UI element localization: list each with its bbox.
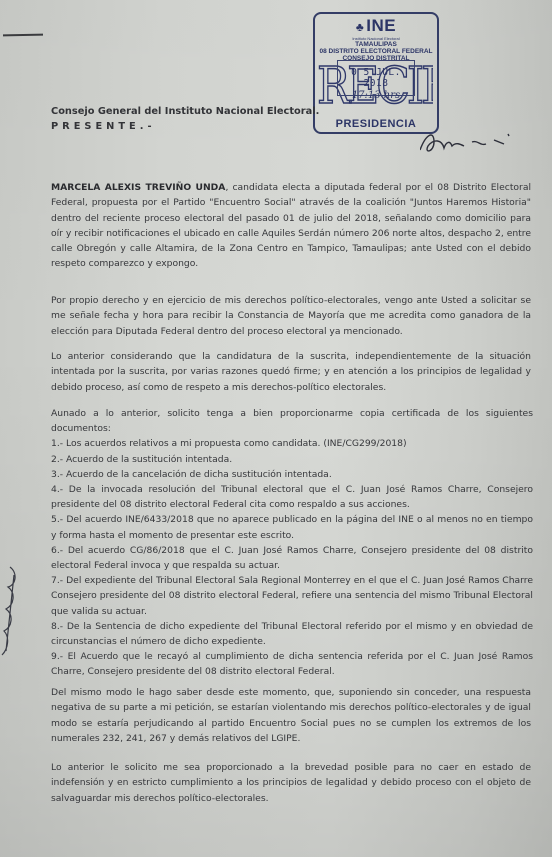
request-paragraph: Por propio derecho y en ejercicio de mis… <box>51 293 531 339</box>
stamp-date: 0 5 JUL. 2018 <box>338 67 414 89</box>
received-stamp: ♣INE Instituto Nacional Electoral TAMAUL… <box>313 12 439 134</box>
intro-paragraph: MARCELA ALEXIS TREVIÑO UNDA, candidata e… <box>51 180 531 272</box>
stamp-state: TAMAULIPAS <box>315 41 437 48</box>
applicant-name: MARCELA ALEXIS TREVIÑO UNDA <box>51 182 225 193</box>
handwritten-signature <box>420 120 520 160</box>
list-item: 4.- De la invocada resolución del Tribun… <box>51 482 533 512</box>
stamp-office: PRESIDENCIA <box>315 118 437 130</box>
stamp-date-box: 0 5 JUL. 2018 17:13 hrs <box>337 60 415 96</box>
margin-signature <box>0 565 20 660</box>
list-item: 6.- Del acuerdo CG/86/2018 que el C. Jua… <box>51 543 533 573</box>
ine-emblem-icon: ♣ <box>356 20 364 34</box>
list-item: 7.- Del expediente del Tribunal Electora… <box>51 573 533 619</box>
stamp-district: 08 DISTRITO ELECTORAL FEDERAL <box>315 48 437 55</box>
salutation: PRESENTE.- <box>51 121 156 132</box>
document-request-list: Aunado a lo anterior, solicito tenga a b… <box>51 406 533 680</box>
closing-paragraph: Lo anterior le solicito me sea proporcio… <box>51 760 531 806</box>
stamp-time: 17:13 hrs <box>338 90 414 101</box>
pen-mark <box>3 34 43 37</box>
considerations-paragraph: Lo anterior considerando que la candidat… <box>51 349 531 395</box>
list-item: 2.- Acuerdo de la sustitución intentada. <box>51 452 533 467</box>
warning-paragraph: Del mismo modo le hago saber desde este … <box>51 685 531 746</box>
list-item: 8.- De la Sentencia de dicho expediente … <box>51 619 533 649</box>
ine-logo: ♣INE <box>315 17 437 36</box>
list-intro: Aunado a lo anterior, solicito tenga a b… <box>51 406 533 436</box>
list-item: 9.- El Acuerdo que le recayó al cumplimi… <box>51 649 533 679</box>
list-item: 1.- Los acuerdos relativos a mi propuest… <box>51 436 533 451</box>
addressee: Consejo General del Instituto Nacional E… <box>51 106 319 117</box>
list-item: 5.- Del acuerdo INE/6433/2018 que no apa… <box>51 512 533 542</box>
list-item: 3.- Acuerdo de la cancelación de dicha s… <box>51 467 533 482</box>
